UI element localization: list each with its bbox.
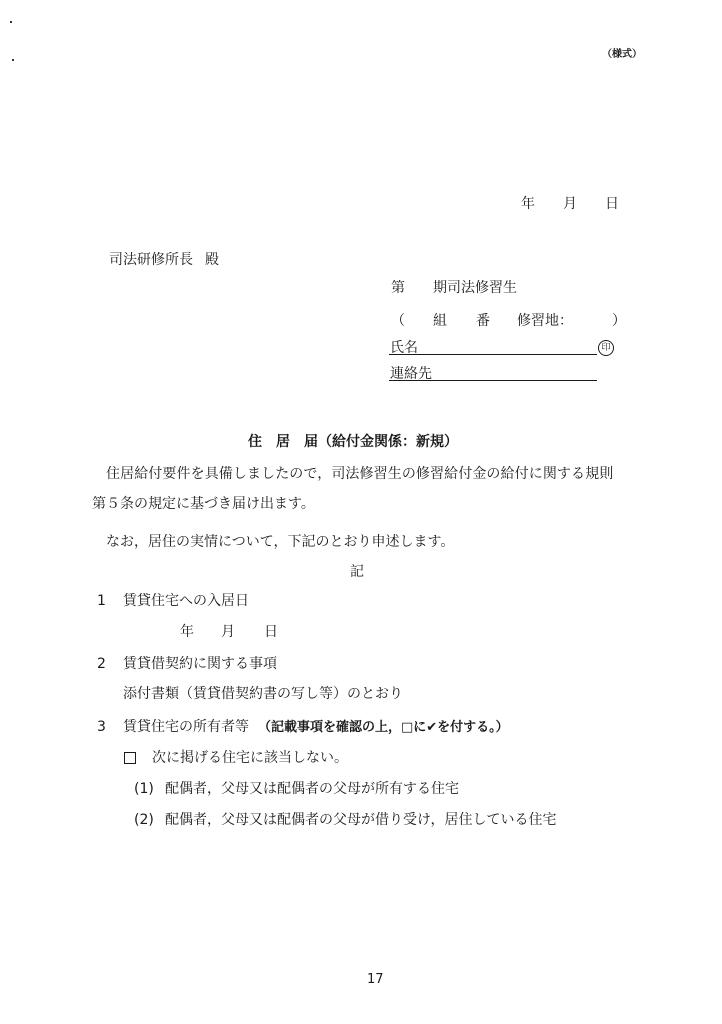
form-label: （様式） xyxy=(602,49,642,61)
subitem-text: 配偶者，父母又は配偶者の父母が借り受け，居住している住宅 xyxy=(165,812,556,828)
title-main: 住 居 届 xyxy=(248,434,318,450)
subitem-number: (2) xyxy=(134,812,154,828)
contact-field[interactable] xyxy=(389,380,597,381)
scan-speck xyxy=(12,59,14,61)
item-label: 賃貸住宅への入居日 xyxy=(123,593,249,609)
class-label: 組 xyxy=(433,313,447,329)
move-in-month-label: 月 xyxy=(221,624,235,640)
scan-speck xyxy=(10,21,12,23)
paragraph1-line1: 住居給付要件を具備しましたので，司法修習生の修習給付金の給付に関する規則 xyxy=(106,466,613,482)
name-field[interactable] xyxy=(389,354,597,355)
addressee-name: 司法研修所長 xyxy=(109,252,193,268)
item-number: 1 xyxy=(97,593,106,609)
item-number: 2 xyxy=(97,656,106,672)
item-label: 賃貸住宅の所有者等 xyxy=(123,719,249,735)
paragraph2: なお，居住の実情について，下記のとおり申述します。 xyxy=(106,534,454,550)
ki-heading: 記 xyxy=(350,564,364,580)
date-month-label: 月 xyxy=(563,196,577,212)
number-label: 番 xyxy=(476,313,490,329)
subitem-number: (1) xyxy=(134,781,154,797)
addressee-honorific: 殿 xyxy=(205,252,219,268)
date-day-label: 日 xyxy=(605,196,619,212)
page-number: 17 xyxy=(367,972,384,987)
item-label: 賃貸借契約に関する事項 xyxy=(123,656,277,672)
paragraph1-line2: 第５条の規定に基づき届け出ます。 xyxy=(92,496,315,512)
move-in-year-label: 年 xyxy=(180,624,194,640)
paren-close: ） xyxy=(612,313,626,329)
date-year-label: 年 xyxy=(521,196,535,212)
term-suffix: 期司法修習生 xyxy=(433,280,517,296)
item-detail: 添付書類（賃貸借契約書の写し等）のとおり xyxy=(123,686,403,702)
paren-open: （ xyxy=(391,313,405,329)
document-title: 住 居 届（給付金関係：新規） xyxy=(248,434,458,450)
subitem-text: 配偶者，父母又は配偶者の父母が所有する住宅 xyxy=(165,781,459,797)
location-label: 修習地： xyxy=(517,313,573,329)
not-applicable-checkbox[interactable] xyxy=(124,752,136,764)
item-note: （記載事項を確認の上，□に✔を付する。） xyxy=(258,720,509,735)
seal-icon: 印 xyxy=(598,340,614,356)
move-in-day-label: 日 xyxy=(264,624,278,640)
checkbox-label: 次に掲げる住宅に該当しない。 xyxy=(152,750,348,766)
title-sub: （給付金関係：新規） xyxy=(318,434,458,450)
item-number: 3 xyxy=(97,719,106,735)
term-prefix: 第 xyxy=(391,280,405,296)
